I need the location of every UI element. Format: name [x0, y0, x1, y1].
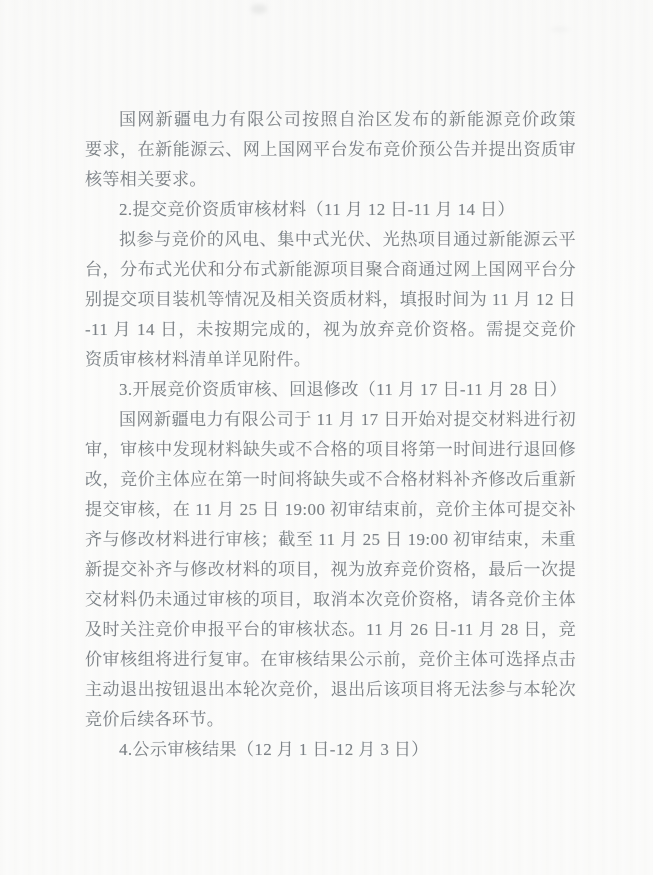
- text-line: 主动退出按钮退出本轮次竞价，退出后该项目将无法参与本轮次: [85, 675, 576, 705]
- text-line: 交材料仍未通过审核的项目，取消本次竞价资格，请各竞价主体: [85, 585, 576, 615]
- text-line: 及时关注竞价申报平台的审核状态。11 月 26 日-11 月 28 日，竞: [85, 615, 576, 645]
- text-line: 台，分布式光伏和分布式新能源项目聚合商通过网上国网平台分: [85, 255, 576, 285]
- text-line: -11 月 14 日，未按期完成的，视为放弃竞价资格。需提交竞价: [85, 315, 576, 345]
- text-line: 要求，在新能源云、网上国网平台发布竞价预公告并提出资质审: [85, 135, 576, 165]
- text-line: 资质审核材料清单详见附件。: [85, 345, 576, 375]
- text-line: 国网新疆电力有限公司按照自治区发布的新能源竞价政策: [85, 105, 576, 135]
- text-line: 改，竞价主体应在第一时间将缺失或不合格材料补齐修改后重新: [85, 465, 576, 495]
- text-line: 新提交补齐与修改材料的项目，视为放弃竞价资格，最后一次提: [85, 555, 576, 585]
- text-line: 国网新疆电力有限公司于 11 月 17 日开始对提交材料进行初: [85, 405, 576, 435]
- document-text: 国网新疆电力有限公司按照自治区发布的新能源竞价政策 要求，在新能源云、网上国网平…: [85, 105, 576, 765]
- text-line: 提交审核，在 11 月 25 日 19:00 初审结束前，竞价主体可提交补: [85, 495, 576, 525]
- text-line: 别提交项目装机等情况及相关资质材料，填报时间为 11 月 12 日: [85, 285, 576, 315]
- text-line: 拟参与竞价的风电、集中式光伏、光热项目通过新能源云平: [85, 225, 576, 255]
- text-line: 齐与修改材料进行审核；截至 11 月 25 日 19:00 初审结束，未重: [85, 525, 576, 555]
- text-line: 竞价后续各环节。: [85, 705, 576, 735]
- scanned-document-page: 国网新疆电力有限公司按照自治区发布的新能源竞价政策 要求，在新能源云、网上国网平…: [0, 0, 653, 875]
- text-line: 审，审核中发现材料缺失或不合格的项目将第一时间进行退回修: [85, 435, 576, 465]
- scan-smudge: [251, 4, 267, 14]
- section-heading: 3.开展竞价资质审核、回退修改（11 月 17 日-11 月 28 日）: [85, 375, 576, 405]
- text-line: 价审核组将进行复审。在审核结果公示前，竞价主体可选择点击: [85, 645, 576, 675]
- section-heading: 2.提交竞价资质审核材料（11 月 12 日-11 月 14 日）: [85, 195, 576, 225]
- scan-smudge: [551, 27, 569, 32]
- section-heading: 4.公示审核结果（12 月 1 日-12 月 3 日）: [85, 735, 576, 765]
- text-line: 核等相关要求。: [85, 165, 576, 195]
